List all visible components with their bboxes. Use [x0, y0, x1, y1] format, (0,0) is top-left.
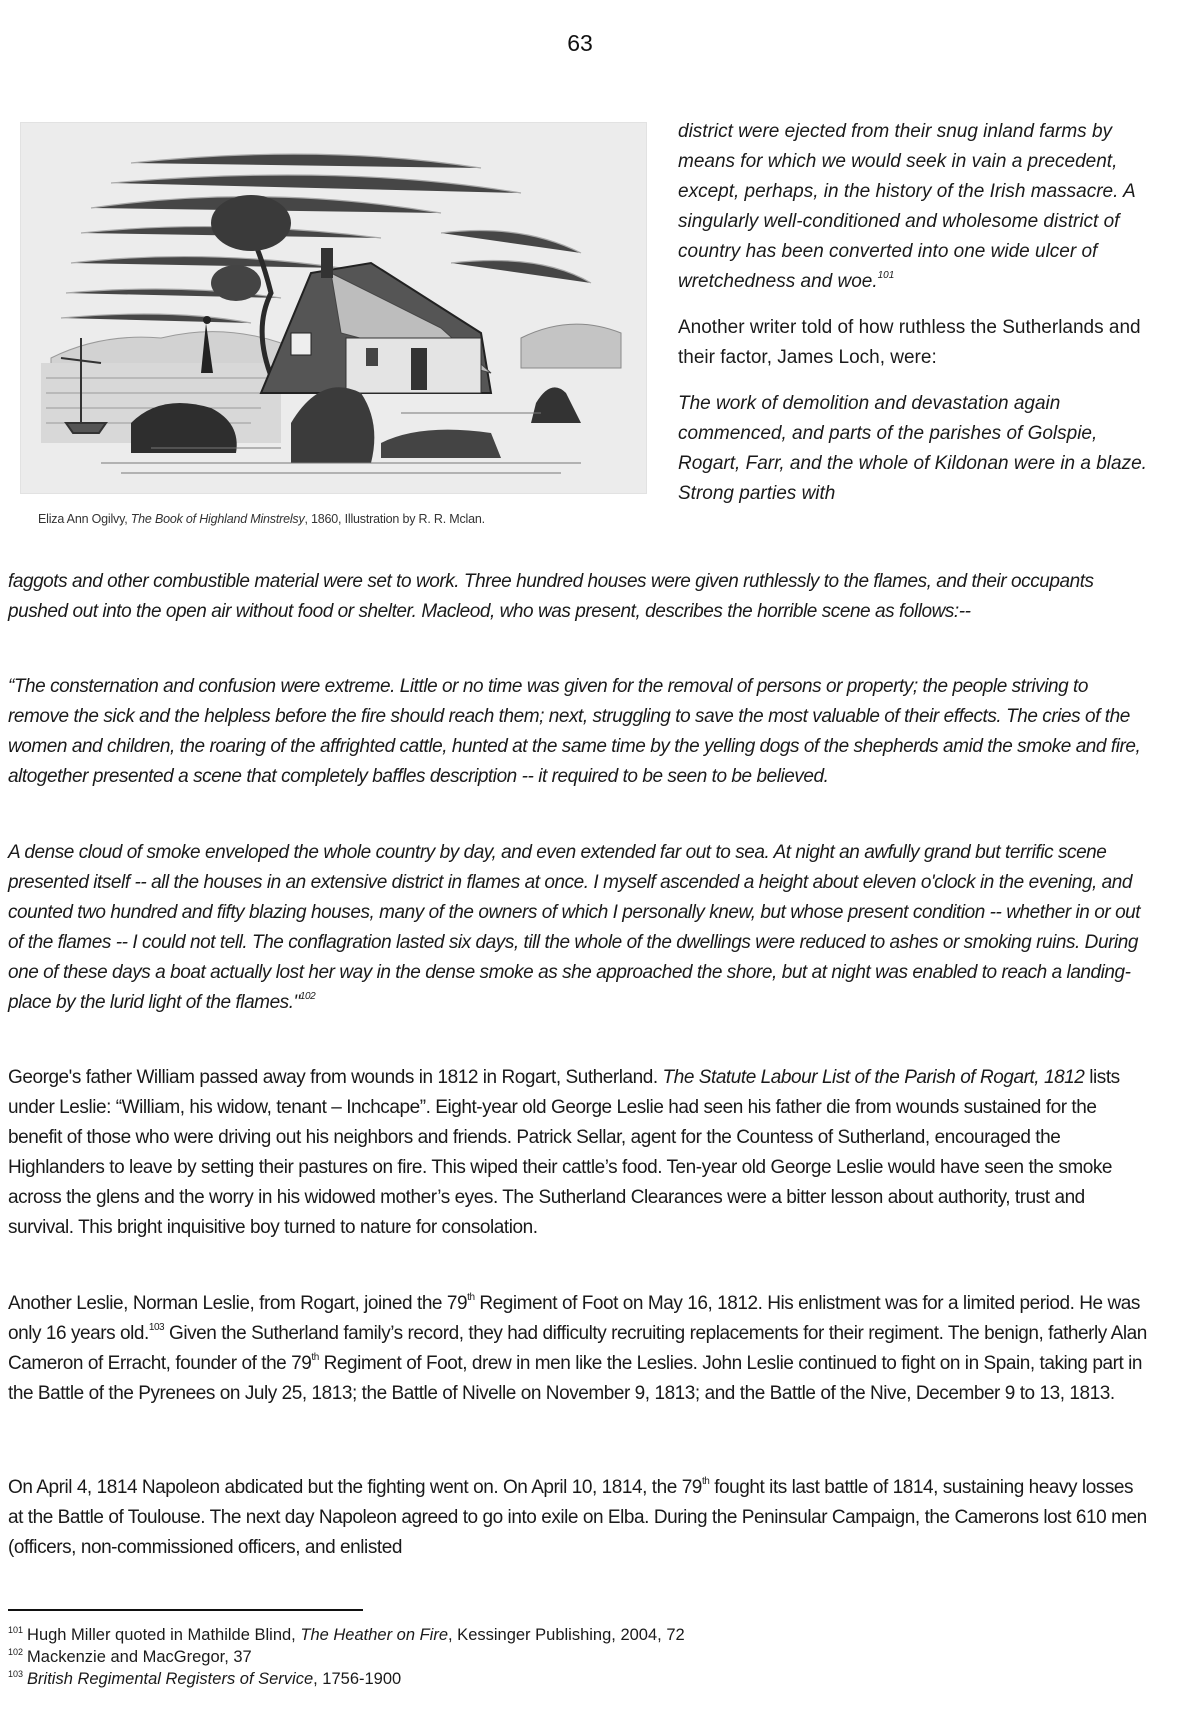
paragraph-norman-leslie: Another Leslie, Norman Leslie, from Roga… [8, 1289, 1148, 1409]
footnote-separator [8, 1609, 363, 1611]
page-number: 63 [0, 30, 1160, 57]
block-quote-demolition-start: The work of demolition and devastation a… [678, 389, 1148, 509]
footnote-ref-101[interactable]: 101 [878, 270, 895, 281]
caption-book-title: The Book of Highland Minstrelsy [131, 512, 305, 526]
statute-labour-list-title: The Statute Labour List of the Parish of… [663, 1067, 1085, 1088]
paragraph-another-writer: Another writer told of how ruthless the … [678, 313, 1148, 373]
figure-caption: Eliza Ann Ogilvy, The Book of Highland M… [38, 512, 485, 526]
block-quote-macleod-2: A dense cloud of smoke enveloped the who… [8, 838, 1148, 1018]
engraving-image [21, 123, 646, 493]
right-column: district were ejected from their snug in… [678, 117, 1148, 509]
block-quote-demolition-continued: faggots and other combustible material w… [8, 567, 1148, 627]
footnotes: 101Hugh Miller quoted in Mathilde Blind,… [8, 1624, 685, 1690]
footnote-101: 101Hugh Miller quoted in Mathilde Blind,… [8, 1624, 685, 1646]
paragraph-george-father: George's father William passed away from… [8, 1063, 1148, 1243]
footnote-ref-103[interactable]: 103 [149, 1322, 164, 1333]
caption-details: , 1860, Illustration by R. R. Mclan. [305, 512, 485, 526]
footnote-102: 102Mackenzie and MacGregor, 37 [8, 1646, 685, 1668]
illustration-cottage-engraving [20, 122, 647, 494]
paragraph-napoleon-abdicated: On April 4, 1814 Napoleon abdicated but … [8, 1473, 1148, 1563]
footnote-103: 103British Regimental Registers of Servi… [8, 1668, 685, 1690]
caption-author: Eliza Ann Ogilvy, [38, 512, 127, 526]
block-quote-miller: district were ejected from their snug in… [678, 117, 1148, 297]
footnote-ref-102[interactable]: 102 [300, 991, 315, 1002]
block-quote-macleod-1: “The consternation and confusion were ex… [8, 672, 1148, 792]
